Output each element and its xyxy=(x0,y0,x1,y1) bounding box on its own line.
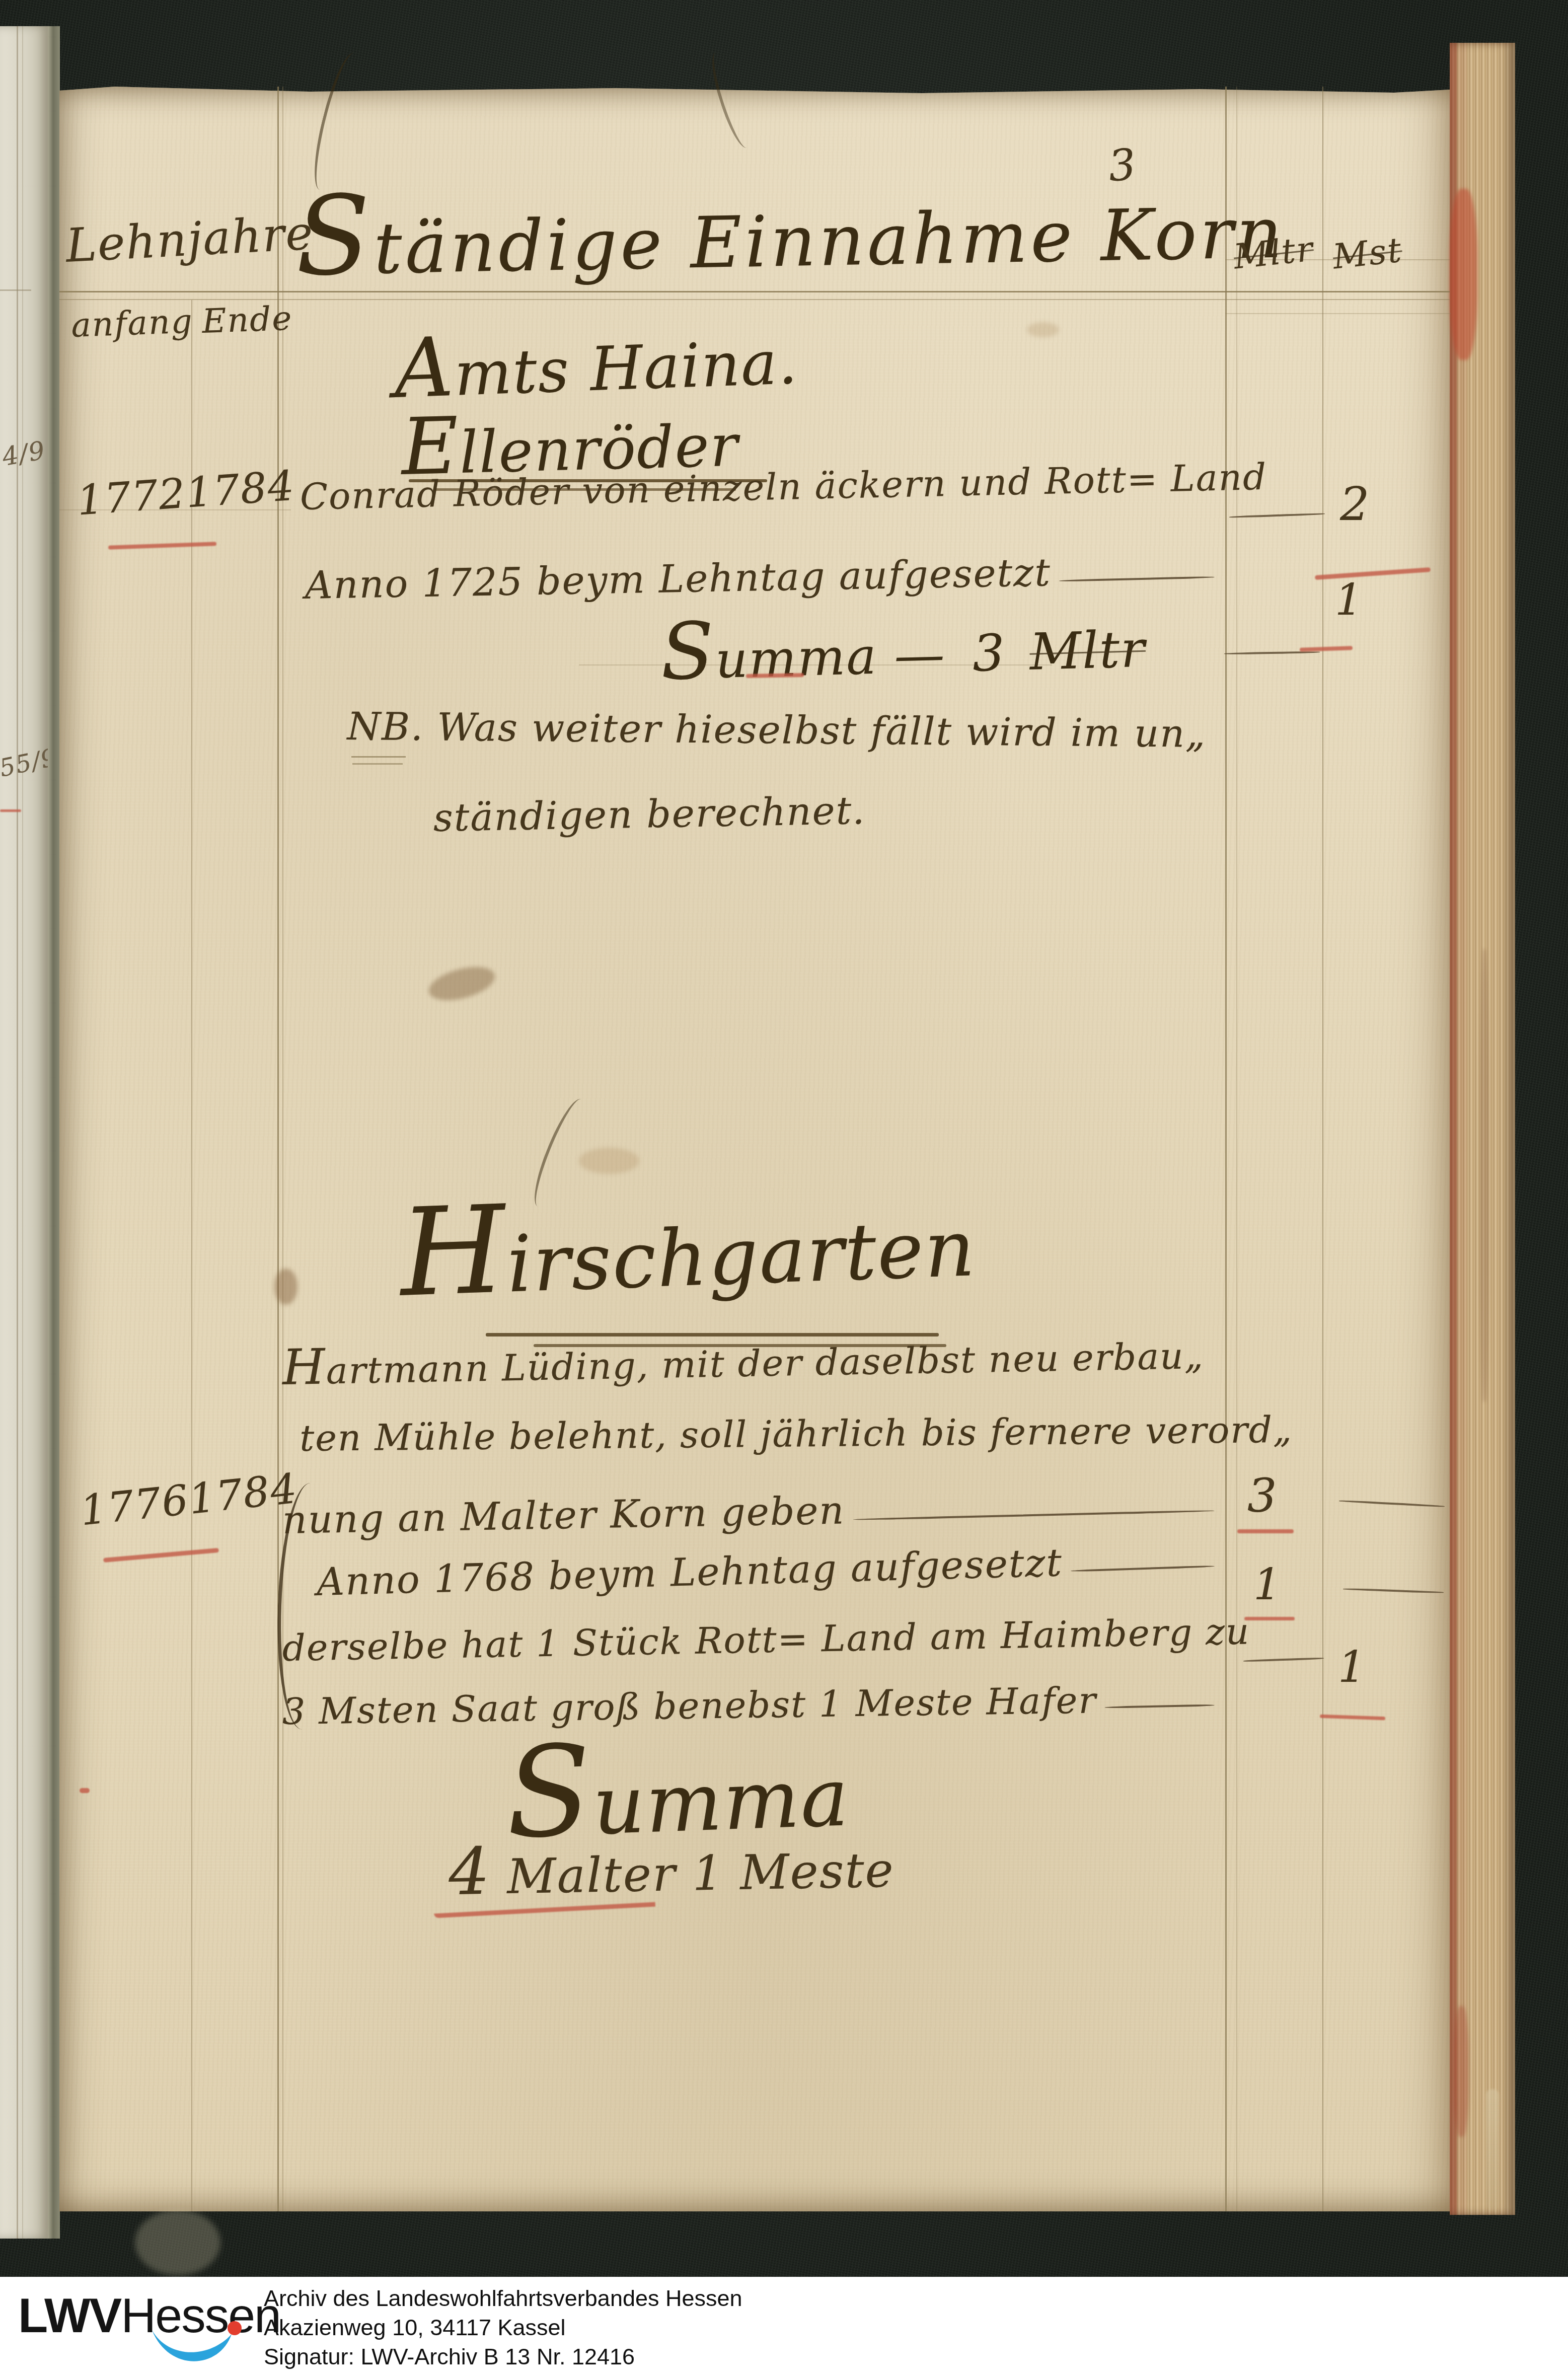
nota-underline xyxy=(352,763,403,765)
amount-meste: 1 xyxy=(1338,1642,1367,1692)
logo-blue-swoosh-icon xyxy=(149,2327,236,2366)
logo-text-bold: LWV xyxy=(18,2288,121,2343)
column-rule-meste xyxy=(1322,87,1323,2211)
year-end: 1784 xyxy=(184,462,296,517)
section-heading-place: Hirschgarten xyxy=(398,1163,978,1324)
amount-header-rule-faint xyxy=(1225,313,1451,314)
archive-address-block: Archiv des Landeswohlfahrtsverbandes Hes… xyxy=(264,2284,742,2371)
summa-line: Summa — 3 Mltr xyxy=(659,594,1147,698)
column-rule-malter xyxy=(1225,87,1227,2211)
column-header-ende: Ende xyxy=(201,299,293,341)
red-pencil-mark xyxy=(1244,1617,1295,1620)
margin-fragment: 4/9 xyxy=(0,435,48,472)
amount-malter: 1 xyxy=(1253,1559,1282,1610)
facing-page-strip: 4/9 55/96 xyxy=(0,26,48,2239)
summa-amount: 3 xyxy=(972,623,1007,683)
facing-page-rule xyxy=(22,26,23,2239)
archive-address: Akazienweg 10, 34117 Kassel xyxy=(264,2313,742,2342)
amount-malter: 1 xyxy=(1335,575,1364,625)
scanned-ledger-page: 4/9 55/96 Lehnjahre Ständige Einnahme Ko… xyxy=(0,0,1568,2377)
ink-smudge xyxy=(274,1269,297,1305)
fore-edge-shadow xyxy=(1480,949,1489,1402)
book-fore-edge xyxy=(1450,43,1515,2215)
ledger-fill-dash xyxy=(1105,1704,1215,1709)
facing-page-rule xyxy=(0,289,31,291)
summa-unit: Mltr xyxy=(1029,620,1146,682)
amount-malter: 2 xyxy=(1340,477,1371,531)
fore-edge-red-stain xyxy=(1450,189,1477,360)
nota-bene-line: NB. Was weiter hieselbst fällt wird im u… xyxy=(347,704,1207,756)
amount-malter: 3 xyxy=(1247,1469,1278,1523)
column-rule-anfang-ende xyxy=(191,300,192,2211)
ledger-fill-dash xyxy=(1071,1565,1215,1572)
column-header-anfang: anfang xyxy=(70,302,194,345)
year-start: 1772 xyxy=(76,470,188,525)
cover-wear-streak xyxy=(135,2210,220,2275)
column-header-meste: Mst xyxy=(1331,231,1404,277)
summa-total: 4 Malter 1 Meste xyxy=(448,1827,895,1910)
margin-fragment: 55/96 xyxy=(0,739,48,783)
book-gutter xyxy=(48,26,60,2239)
archive-footer: LWVHessen Archiv des Landeswohlfahrtsver… xyxy=(0,2277,1568,2377)
column-rule-years-text xyxy=(277,87,279,2211)
paper-stain xyxy=(579,1148,639,1174)
red-pencil-mark xyxy=(0,809,21,812)
red-pencil-mark xyxy=(1237,1529,1294,1533)
column-header-malter: Mltr xyxy=(1232,229,1316,277)
red-speck xyxy=(80,1788,90,1793)
ledger-fill-dash xyxy=(1059,576,1215,582)
ledger-fill-dash xyxy=(853,1510,1215,1521)
nota-underline xyxy=(351,756,406,758)
bookmark-cord xyxy=(1486,2089,1499,2210)
archive-signature: Signatur: LWV-Archiv B 13 Nr. 12416 xyxy=(264,2342,742,2371)
page-number: 3 xyxy=(1106,139,1139,192)
fore-edge-red-stain xyxy=(1454,2006,1469,2137)
nota-bene-line: ständigen berechnet. xyxy=(433,788,866,840)
paper-stain xyxy=(1027,322,1059,337)
archive-name: Archiv des Landeswohlfahrtsverbandes Hes… xyxy=(264,2284,742,2313)
ledger-entry-line: ten Mühle belehnt, soll jährlich bis fer… xyxy=(300,1408,1293,1459)
column-rule-years-text-double xyxy=(282,87,283,2211)
facing-page-rule xyxy=(17,26,18,2239)
column-rule-malter-double xyxy=(1236,87,1237,2211)
summa-label: Summa — xyxy=(660,625,946,691)
